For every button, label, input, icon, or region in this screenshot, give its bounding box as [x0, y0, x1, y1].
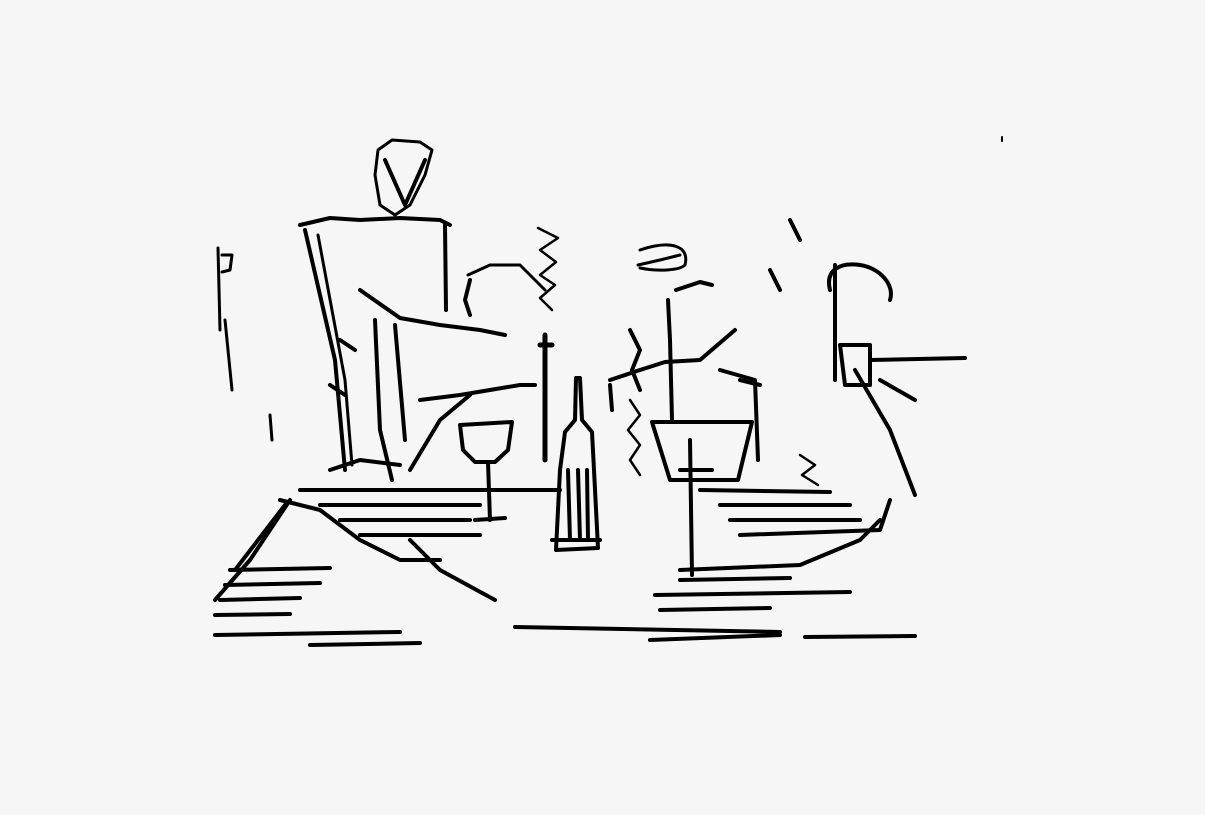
wine-glass-right	[652, 422, 752, 575]
table-right	[680, 490, 890, 570]
squiggle-left	[538, 228, 558, 310]
squiggle-right	[628, 400, 640, 475]
pepper-mill	[540, 335, 552, 460]
floor-hatching	[215, 568, 915, 645]
right-figure	[610, 245, 760, 460]
ink-sketch	[0, 0, 1205, 815]
left-margin-marks	[218, 248, 272, 440]
squiggle-right-2	[800, 455, 818, 485]
bottle	[552, 378, 600, 550]
left-figure	[300, 140, 545, 480]
third-figure-profile	[770, 220, 965, 495]
sketch-canvas	[0, 0, 1205, 815]
